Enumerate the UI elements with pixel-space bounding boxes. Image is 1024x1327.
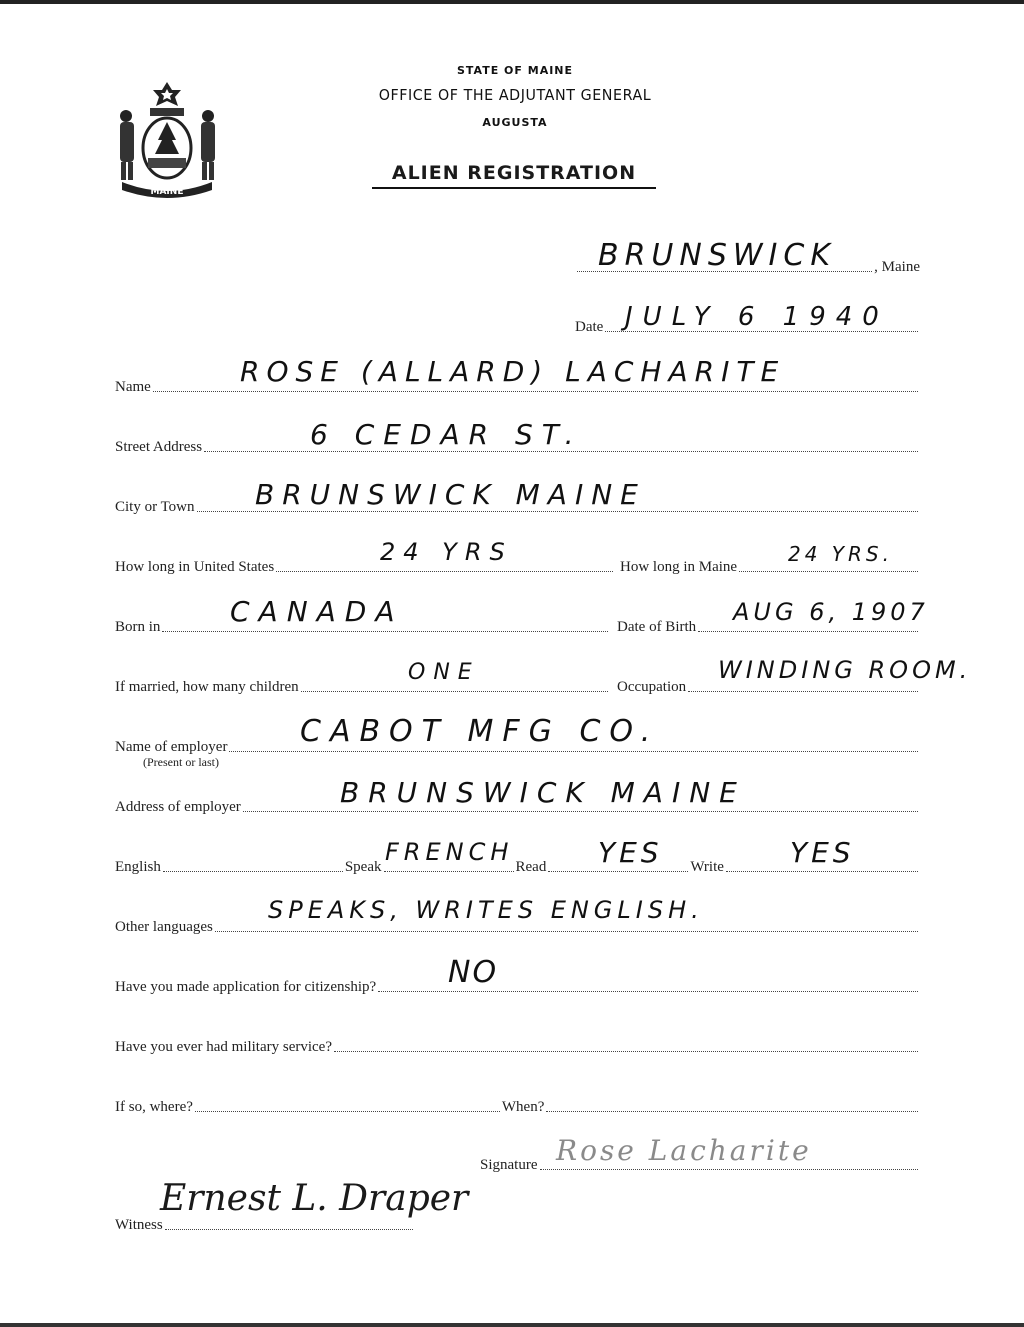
svg-text:MAINE: MAINE — [151, 187, 184, 197]
speak-value: FRENCH — [385, 838, 513, 866]
english-line — [163, 870, 343, 872]
read-label: Read — [516, 859, 547, 876]
date-of-birth-line — [698, 630, 918, 632]
how-long-maine-line — [739, 570, 918, 572]
born-in-label: Born in — [115, 619, 160, 636]
employer-address-line — [243, 810, 918, 812]
write-value: YES — [790, 836, 855, 869]
date-value: JULY 6 1940 — [625, 302, 889, 332]
name-label: Name — [115, 379, 151, 396]
witness-line — [165, 1228, 413, 1230]
occupation-line — [688, 690, 918, 692]
read-value: YES — [598, 836, 663, 869]
date-of-birth-label: Date of Birth — [617, 619, 696, 636]
speak-label: Speak — [345, 859, 382, 876]
citizenship-field[interactable]: Have you made application for citizenshi… — [115, 972, 920, 996]
children-field[interactable]: If married, how many children — [115, 672, 610, 696]
military-label: Have you ever had military service? — [115, 1039, 332, 1056]
speak-line — [384, 870, 514, 872]
where-label: If so, where? — [115, 1099, 193, 1116]
street-address-value: 6 CEDAR ST. — [310, 418, 582, 451]
citizenship-value: NO — [448, 955, 498, 990]
how-long-us-line — [276, 570, 613, 572]
where-line — [195, 1110, 500, 1112]
city-value: BRUNSWICK MAINE — [255, 478, 646, 511]
city-label: City or Town — [115, 499, 195, 516]
other-languages-line — [215, 930, 918, 932]
citizenship-line — [378, 990, 918, 992]
date-of-birth-value: AUG 6, 1907 — [733, 598, 929, 626]
military-field[interactable]: Have you ever had military service? — [115, 1032, 920, 1056]
born-in-line — [162, 630, 608, 632]
how-long-maine-label: How long in Maine — [620, 559, 737, 576]
how-long-us-field[interactable]: How long in United States — [115, 552, 615, 576]
employer-address-label: Address of employer — [115, 799, 241, 816]
signature-label: Signature — [480, 1157, 538, 1174]
employer-name-line — [229, 750, 918, 752]
citizenship-label: Have you made application for citizenshi… — [115, 979, 376, 996]
name-value: ROSE (ALLARD) LACHARITE — [240, 355, 785, 388]
city-heading: AUGUSTA — [0, 116, 1024, 129]
occupation-value: WINDING ROOM. — [718, 656, 971, 684]
form-title: ALIEN REGISTRATION — [372, 162, 656, 189]
where-when-field[interactable]: If so, where? When? — [115, 1092, 920, 1116]
employer-name-sublabel: (Present or last) — [143, 755, 219, 770]
signature-value: Rose Lacharite — [556, 1134, 812, 1167]
how-long-us-value: 24 YRS — [380, 538, 513, 566]
scan-bottom-edge — [0, 1323, 1024, 1327]
employer-name-label: Name of employer — [115, 739, 227, 756]
office-heading: OFFICE OF THE ADJUTANT GENERAL — [26, 86, 1005, 104]
write-label: Write — [690, 859, 724, 876]
employer-name-value: CABOT MFG CO. — [300, 714, 659, 749]
how-long-maine-value: 24 YRS. — [788, 542, 893, 566]
military-line — [334, 1050, 918, 1052]
signature-line — [540, 1168, 919, 1170]
employer-address-value: BRUNSWICK MAINE — [340, 776, 746, 809]
write-line — [726, 870, 918, 872]
name-line — [153, 390, 918, 392]
state-heading: STATE OF MAINE — [0, 64, 1024, 77]
scan-top-edge — [0, 0, 1024, 4]
other-languages-value: SPEAKS, WRITES ENGLISH. — [268, 896, 704, 924]
witness-label: Witness — [115, 1217, 163, 1234]
read-line — [548, 870, 688, 872]
when-line — [546, 1110, 918, 1112]
how-long-us-label: How long in United States — [115, 559, 274, 576]
witness-value: Ernest L. Draper — [160, 1178, 468, 1219]
date-label: Date — [575, 319, 603, 336]
children-label: If married, how many children — [115, 679, 299, 696]
children-line — [301, 690, 608, 692]
street-address-label: Street Address — [115, 439, 202, 456]
when-label: When? — [502, 1099, 544, 1116]
place-value: BRUNSWICK — [598, 238, 836, 273]
english-label: English — [115, 859, 161, 876]
children-value: ONE — [408, 660, 480, 685]
place-label: , Maine — [874, 259, 920, 276]
other-languages-label: Other languages — [115, 919, 213, 936]
born-in-value: CANADA — [230, 595, 404, 628]
occupation-label: Occupation — [617, 679, 686, 696]
